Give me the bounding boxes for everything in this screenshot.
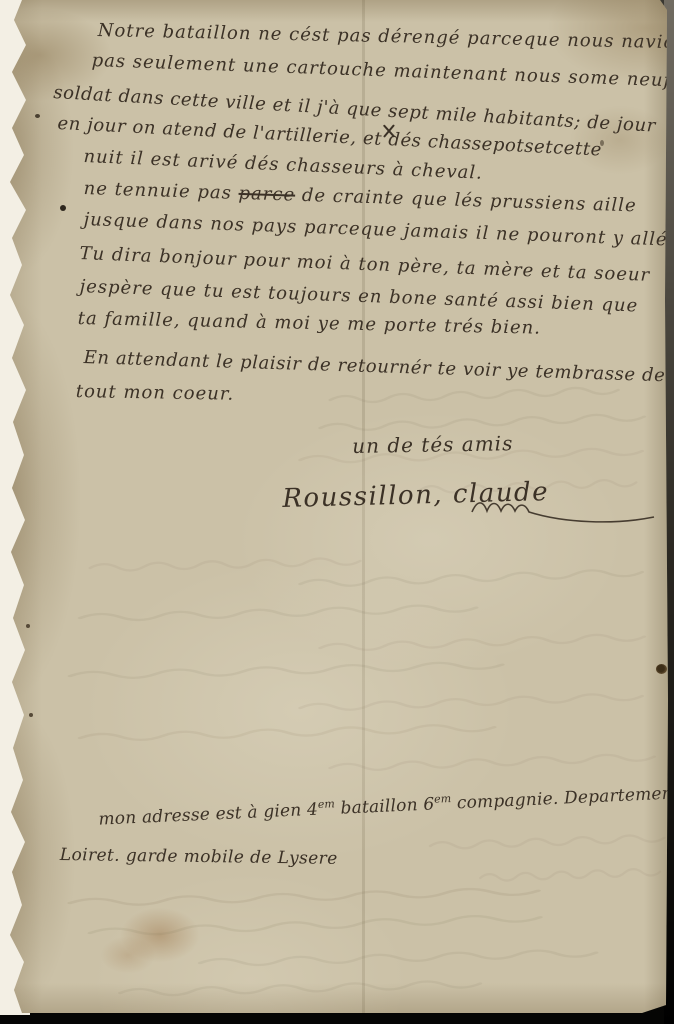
ink-dot: [60, 205, 66, 211]
address-text: bataillon 6: [335, 794, 435, 818]
scribble-x-mark: [382, 124, 396, 138]
letter-line: En attendant le plaisir de retournér te …: [83, 347, 665, 386]
scanned-letter-page: Notre bataillon ne cést pas dérengé parc…: [0, 0, 674, 1024]
address-line: mon adresse est à gien 4em bataillon 6em…: [98, 780, 674, 830]
ordinal-superscript: em: [434, 792, 452, 806]
letter-line: tout mon coeur.: [76, 381, 235, 405]
letter-line: ta famille, quand à moi ye me porte trés…: [78, 308, 542, 339]
wormhole: [656, 664, 667, 674]
address-text: compagnie. Departement, du: [451, 782, 674, 814]
signature-flourish: [468, 496, 658, 530]
ink-speck: [35, 114, 40, 118]
ordinal-superscript: em: [318, 797, 336, 811]
letter-closing: un de tés amis: [352, 431, 514, 458]
address-line: Loiret. garde mobile de Lysere: [60, 845, 338, 869]
crossed-out-word: parce: [238, 183, 295, 206]
ink-speck: [26, 624, 30, 628]
letter-line: Notre bataillon ne cést pas dérengé parc…: [98, 20, 674, 54]
letter-line: jusque dans nos pays parceque jamais il …: [83, 209, 674, 251]
line-text: de crainte que lés prussiens aille: [295, 185, 637, 217]
ink-speck: [29, 713, 33, 717]
line-text: ne tennuie pas: [83, 178, 239, 204]
address-text: mon adresse est à gien 4: [98, 800, 318, 830]
ink-speck: [600, 140, 604, 146]
letter-paper: Notre bataillon ne cést pas dérengé parc…: [0, 0, 670, 1013]
letter-line: pas seulement une cartouche maintenant n…: [91, 50, 674, 93]
letter-line: ne tennuie pas parce de crainte que lés …: [83, 178, 637, 216]
